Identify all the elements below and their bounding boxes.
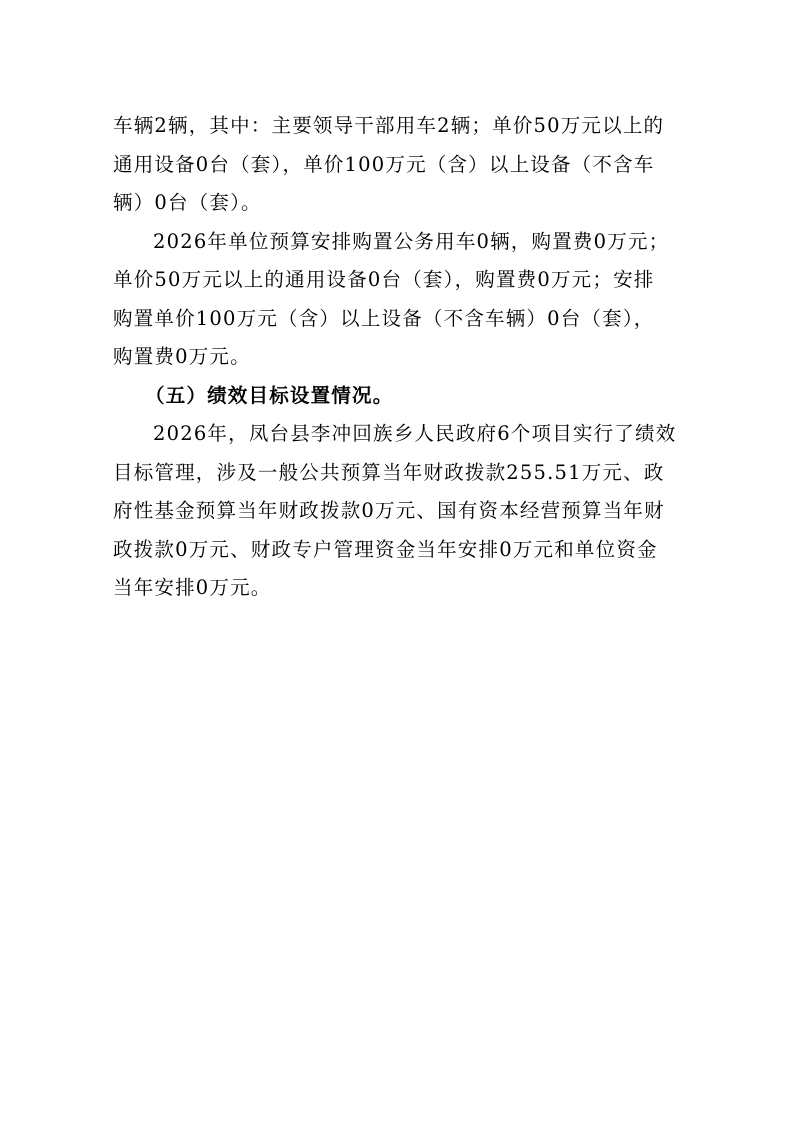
text-line: 政拨款0万元、财政专户管理资金当年安排0万元和单位资金 (113, 531, 693, 570)
text-line: 府性基金预算当年财政拨款0万元、国有资本经营预算当年财 (113, 492, 693, 531)
text-line: 辆）0台（套）。 (113, 184, 693, 223)
text-line: 购置费0万元。 (113, 338, 693, 377)
text-line: 通用设备0台（套），单价100万元（含）以上设备（不含车 (113, 146, 693, 185)
text-line: 2026年单位预算安排购置公务用车0辆，购置费0万元； (113, 223, 693, 262)
paragraph-performance-goals: 2026年，凤台县李冲回族乡人民政府6个项目实行了绩效 目标管理，涉及一般公共预… (113, 415, 693, 608)
text-line: 车辆2辆，其中：主要领导干部用车2辆；单价50万元以上的 (113, 107, 693, 146)
text-line: 2026年，凤台县李冲回族乡人民政府6个项目实行了绩效 (113, 415, 693, 454)
document-page: 车辆2辆，其中：主要领导干部用车2辆；单价50万元以上的 通用设备0台（套），单… (113, 107, 693, 608)
text-line: 单价50万元以上的通用设备0台（套），购置费0万元；安排 (113, 261, 693, 300)
section-heading: （五）绩效目标设置情况。 (113, 377, 693, 416)
text-line: 目标管理，涉及一般公共预算当年财政拨款255.51万元、政 (113, 454, 693, 493)
text-line: 购置单价100万元（含）以上设备（不含车辆）0台（套）， (113, 300, 693, 339)
paragraph-2026-purchase: 2026年单位预算安排购置公务用车0辆，购置费0万元； 单价50万元以上的通用设… (113, 223, 693, 377)
text-line: 当年安排0万元。 (113, 569, 693, 608)
paragraph-vehicles-equipment: 车辆2辆，其中：主要领导干部用车2辆；单价50万元以上的 通用设备0台（套），单… (113, 107, 693, 223)
